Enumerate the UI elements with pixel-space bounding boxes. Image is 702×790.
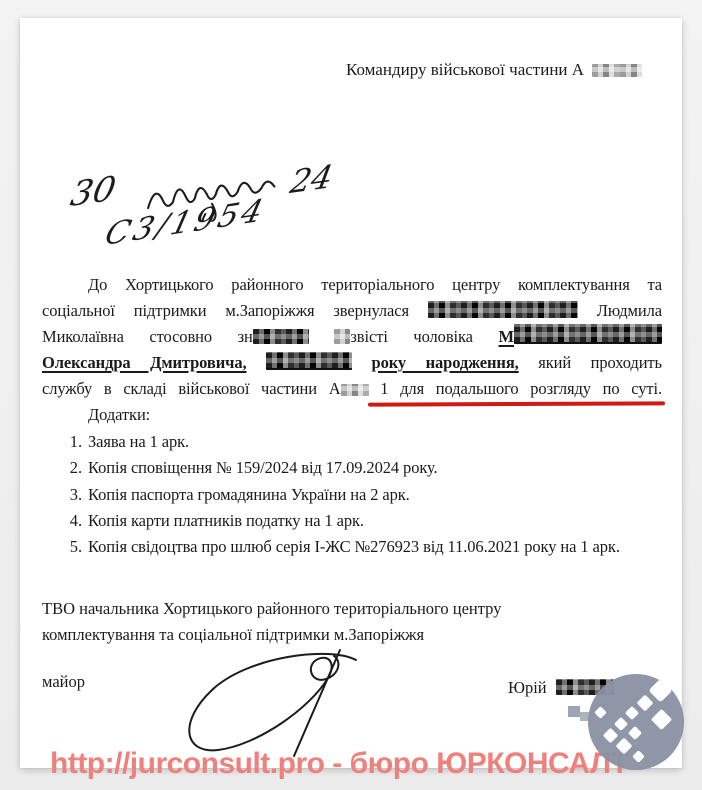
redacted-unit-digits [341,384,369,396]
redacted-letter [334,329,350,344]
body-line-5: службу в складі військової частини А 1 д… [42,376,662,402]
watermark-logo [566,656,702,790]
signer-rank: майор [42,672,85,692]
redacted-unit-number [592,64,642,77]
document-body: До Хортицького районного територіального… [42,272,662,560]
redacted-word [253,329,309,344]
addressee-line: Командиру військової частини А [346,60,642,80]
document-page: Командиру військової частини А 30 24 С3/… [20,18,682,768]
attachments-label: Додатки: [42,402,662,428]
signoff-title-line1: ТВО начальника Хортицького районного тер… [42,596,662,622]
redacted-name-bold [514,324,662,344]
attachment-item: Копія паспорта громадянина України на 2 … [86,482,662,508]
attachments-list: Заява на 1 арк. Копія сповіщення № 159/2… [42,429,662,560]
redacted-surname [428,301,578,318]
attachment-item: Копія карти платників податку на 1 арк. [86,508,662,534]
body-line-4: Олександра Дмитровича, року народження, … [42,350,662,376]
footer-url-watermark: http://jurconsult.pro - бюро ЮРКОНСАЛТ [50,747,628,781]
redacted-birth-year [266,352,352,370]
signoff-title: ТВО начальника Хортицького районного тер… [42,596,662,648]
handwritten-annotation: 30 24 С3/1954 [48,141,362,267]
handwritten-year: 24 [287,157,336,201]
screenshot-root: Командиру військової частини А 30 24 С3/… [0,0,702,790]
handwritten-day: 30 [67,169,119,215]
addressee-text: Командиру військової частини А [346,60,584,79]
body-line-1: До Хортицького районного територіального… [42,272,662,298]
signoff-title-line2: комплектування та соціальної підтримки м… [42,622,662,648]
attachment-item: Копія свідоцтва про шлюб серія І-ЖС №276… [86,534,662,560]
body-line-3: Миколаївна стосовно зн звісті чоловіка М [42,324,662,350]
attachment-item: Копія сповіщення № 159/2024 від 17.09.20… [86,455,662,481]
body-line-2: соціальної підтримки м.Запоріжжя звернул… [42,298,662,324]
red-underlined-phrase: 1 для подальшого розгляду по суті. [380,379,662,398]
attachment-item: Заява на 1 арк. [86,429,662,455]
